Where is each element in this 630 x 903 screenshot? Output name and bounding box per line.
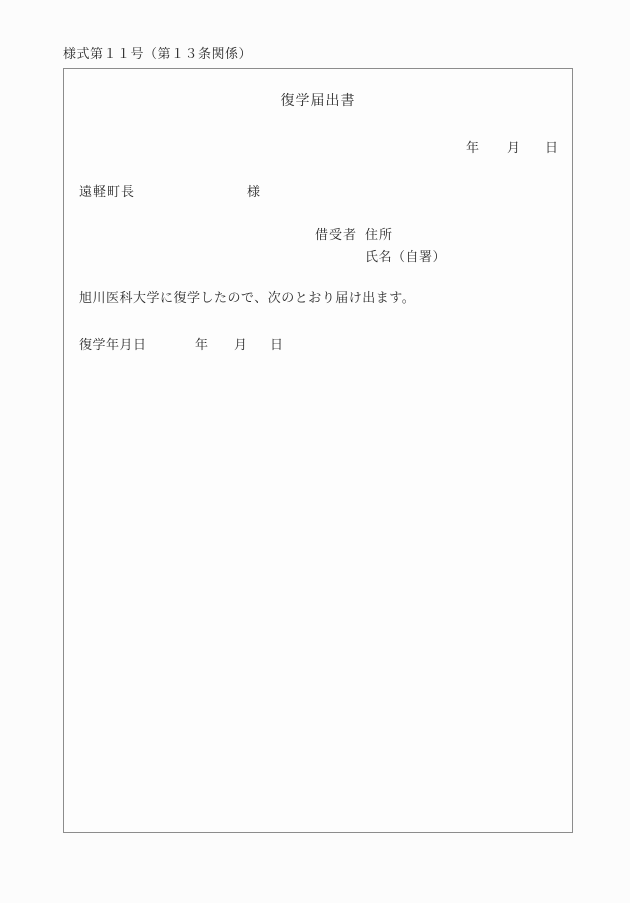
return-date-label: 復学年月日 — [79, 338, 147, 351]
date-day-label: 日 — [545, 141, 558, 154]
return-date-month-label: 月 — [234, 338, 247, 351]
addressee-honorific: 様 — [247, 185, 260, 198]
borrower-address-label: 住所 — [365, 228, 393, 241]
borrower-name-label: 氏名（自署） — [365, 250, 446, 263]
return-date-year-label: 年 — [195, 338, 208, 351]
form-number-label: 様式第１１号（第１３条関係） — [63, 47, 252, 60]
form-border-box: 復学届出書 年 月 日 遠軽町長 様 借受者 住所 氏名（自署） 旭川医科大学に… — [63, 68, 573, 833]
body-text: 旭川医科大学に復学したので、次のとおり届け出ます。 — [79, 291, 415, 304]
date-year-label: 年 — [466, 141, 479, 154]
addressee-name: 遠軽町長 — [79, 185, 135, 198]
borrower-label: 借受者 — [315, 228, 357, 241]
form-title: 復学届出書 — [64, 95, 572, 109]
date-month-label: 月 — [507, 141, 520, 154]
document-page: 様式第１１号（第１３条関係） 復学届出書 年 月 日 遠軽町長 様 借受者 住所… — [0, 0, 630, 903]
return-date-day-label: 日 — [270, 338, 283, 351]
